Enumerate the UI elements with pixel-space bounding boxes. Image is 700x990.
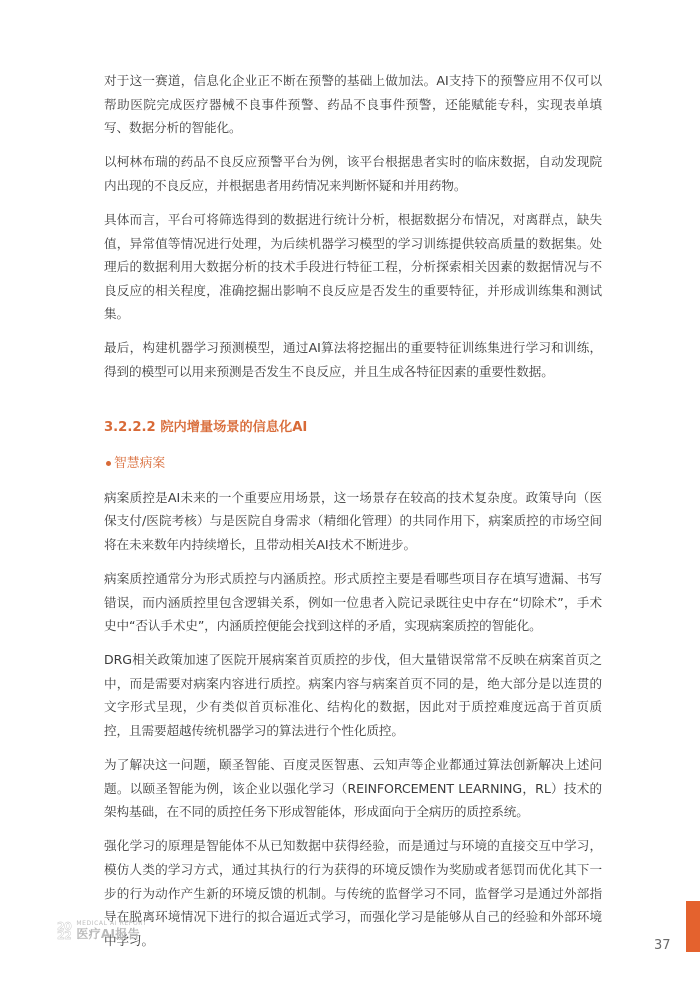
sub-heading-label: 智慧病案 [114, 454, 165, 474]
bullet-icon [106, 461, 111, 466]
paragraph: 为了解决这一问题，颐圣智能、百度灵医智惠、云知声等企业都通过算法创新解决上述问题… [104, 753, 602, 824]
sub-heading: 智慧病案 [106, 454, 602, 474]
paragraph: DRG相关政策加速了医院开展病案首页质控的步伐，但大量错误常常不反映在病案首页之… [104, 648, 602, 742]
paragraph: 对于这一赛道，信息化企业正不断在预警的基础上做加法。AI支持下的预警应用不仅可以… [104, 69, 602, 140]
logo-chinese: 医疗AI报告 [76, 928, 147, 941]
page-body: 对于这一赛道，信息化企业正不断在预警的基础上做加法。AI支持下的预警应用不仅可以… [104, 69, 602, 963]
page-edge-tab [686, 901, 700, 952]
logo-year: 20 22 [57, 922, 71, 940]
section-heading: 3.2.2.2 院内增量场景的信息化AI [104, 418, 602, 438]
paragraph: 最后，构建机器学习预测模型，通过AI算法将挖掘出的重要特征训练集进行学习和训练，… [104, 336, 602, 383]
paragraph: 病案质控通常分为形式质控与内涵质控。形式质控主要是看哪些项目存在填写遗漏、书写错… [104, 567, 602, 638]
logo-text: MEDICAL AI REPORT 医疗AI报告 [76, 920, 147, 941]
paragraph: 具体而言，平台可将筛选得到的数据进行统计分析，根据数据分布情况，对离群点，缺失值… [104, 208, 602, 326]
paragraph: 以柯林布瑞的药品不良反应预警平台为例，该平台根据患者实时的临床数据，自动发现院内… [104, 150, 602, 197]
page-number: 37 [654, 938, 671, 953]
paragraph: 病案质控是AI未来的一个重要应用场景，这一场景存在较高的技术复杂度。政策导向（医… [104, 486, 602, 557]
report-logo: 20 22 MEDICAL AI REPORT 医疗AI报告 [57, 920, 147, 941]
paragraph: 强化学习的原理是智能体不从已知数据中获得经验，而是通过与环境的直接交互中学习，模… [104, 834, 602, 952]
